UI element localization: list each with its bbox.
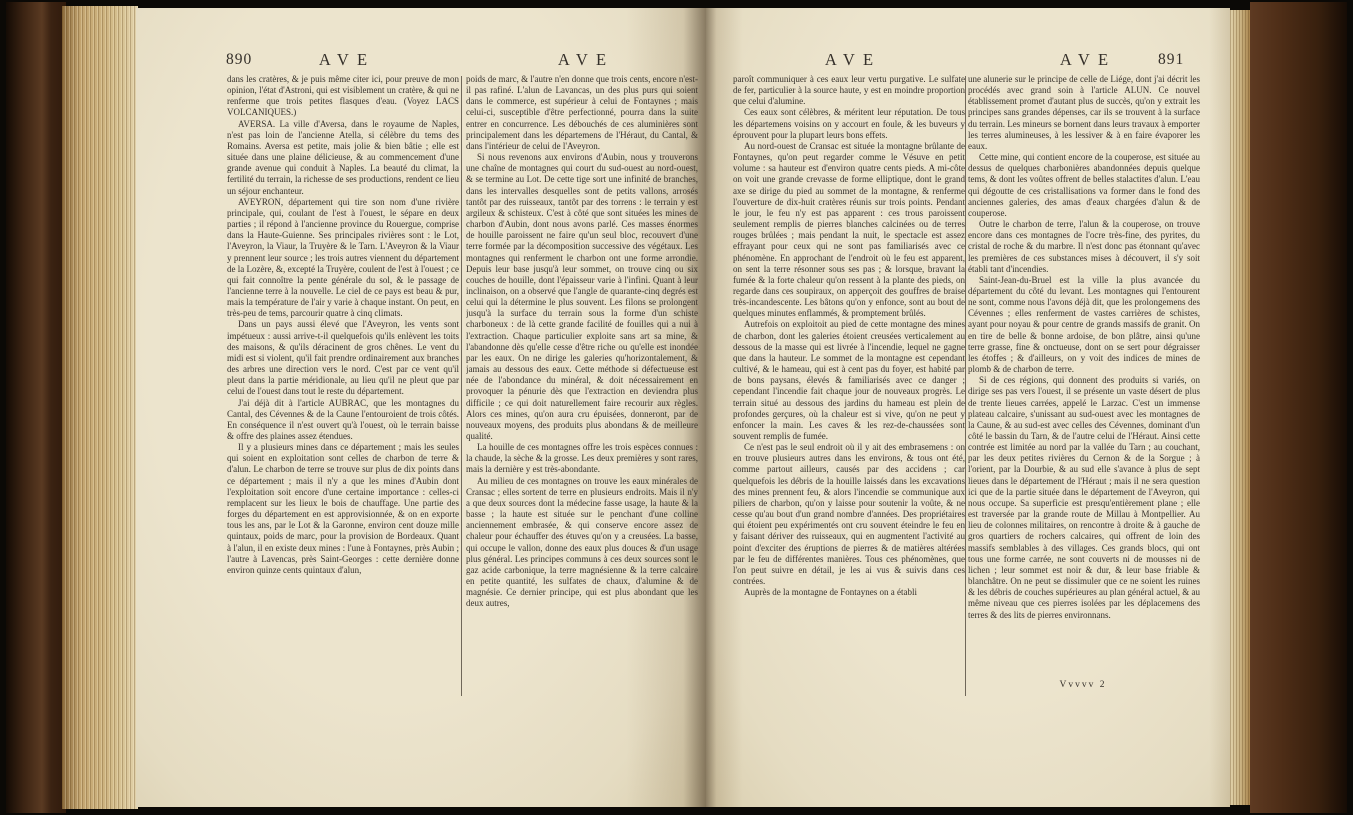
- paragraph: Au nord-ouest de Cransac est située la m…: [733, 141, 965, 320]
- page-stack-fore-edge-left: [62, 6, 138, 809]
- running-head-left-col1: AVE: [227, 50, 459, 70]
- text-column-3: paroît communiquer à ces eaux leur vertu…: [733, 74, 965, 700]
- paragraph: La houille de ces montagnes offre les tr…: [466, 442, 698, 475]
- running-head-left-col2: AVE: [466, 50, 698, 70]
- paragraph: Autrefois on exploitoit au pied de cette…: [733, 319, 965, 442]
- signature-mark: Vvvvv 2: [968, 680, 1198, 690]
- book-cover-right: [1250, 2, 1347, 813]
- page-stack-fore-edge-right: [1230, 10, 1250, 805]
- paragraph: Cette mine, qui contient encore de la co…: [968, 152, 1200, 219]
- paragraph: dans les cratères, & je puis même citer …: [227, 74, 459, 119]
- book-cover-left: [6, 2, 66, 813]
- paragraph: Si de ces régions, qui donnent des produ…: [968, 375, 1200, 620]
- paragraph: une alunerie sur le principe de celle de…: [968, 74, 1200, 152]
- running-head-right-col1: AVE: [733, 50, 965, 70]
- paragraph: AVEYRON, département qui tire son nom d'…: [227, 197, 459, 320]
- paragraph: Au milieu de ces montagnes on trouve les…: [466, 476, 698, 610]
- paragraph: Ce n'est pas le seul endroit où il y ait…: [733, 442, 965, 587]
- paragraph: poids de marc, & l'autre n'en donne que …: [466, 74, 698, 152]
- paragraph: Dans un pays aussi élevé que l'Aveyron, …: [227, 319, 459, 397]
- paragraph: paroît communiquer à ces eaux leur vertu…: [733, 74, 965, 107]
- book-page-right: AVE AVE 891 paroît communiquer à ces eau…: [706, 8, 1230, 807]
- paragraph: Il y a plusieurs mines dans ce départeme…: [227, 442, 459, 576]
- text-column-1: dans les cratères, & je puis même citer …: [227, 74, 459, 700]
- paragraph: Outre le charbon de terre, l'alun & la c…: [968, 219, 1200, 275]
- right-page-header: AVE AVE 891: [706, 50, 1230, 74]
- paragraph: Si nous revenons aux environs d'Aubin, n…: [466, 152, 698, 442]
- text-column-4: une alunerie sur le principe de celle de…: [968, 74, 1200, 700]
- column-rule: [965, 76, 966, 696]
- book-page-left: 890 AVE AVE dans les cratères, & je puis…: [136, 8, 706, 807]
- column-rule: [461, 76, 462, 696]
- paragraph: AVERSA. La ville d'Aversa, dans le royau…: [227, 119, 459, 197]
- left-page-header: 890 AVE AVE: [136, 50, 706, 74]
- paragraph: Ces eaux sont célèbres, & méritent leur …: [733, 107, 965, 140]
- paragraph: Saint-Jean-du-Bruel est la ville la plus…: [968, 275, 1200, 375]
- book-photo: { "book": { "left_page": { "page_number"…: [0, 0, 1353, 815]
- text-column-2: poids de marc, & l'autre n'en donne que …: [466, 74, 698, 700]
- page-number-right: 891: [1158, 51, 1184, 69]
- paragraph: J'ai déjà dit à l'article AUBRAC, que le…: [227, 398, 459, 443]
- paragraph: Auprès de la montagne de Fontaynes on a …: [733, 587, 965, 598]
